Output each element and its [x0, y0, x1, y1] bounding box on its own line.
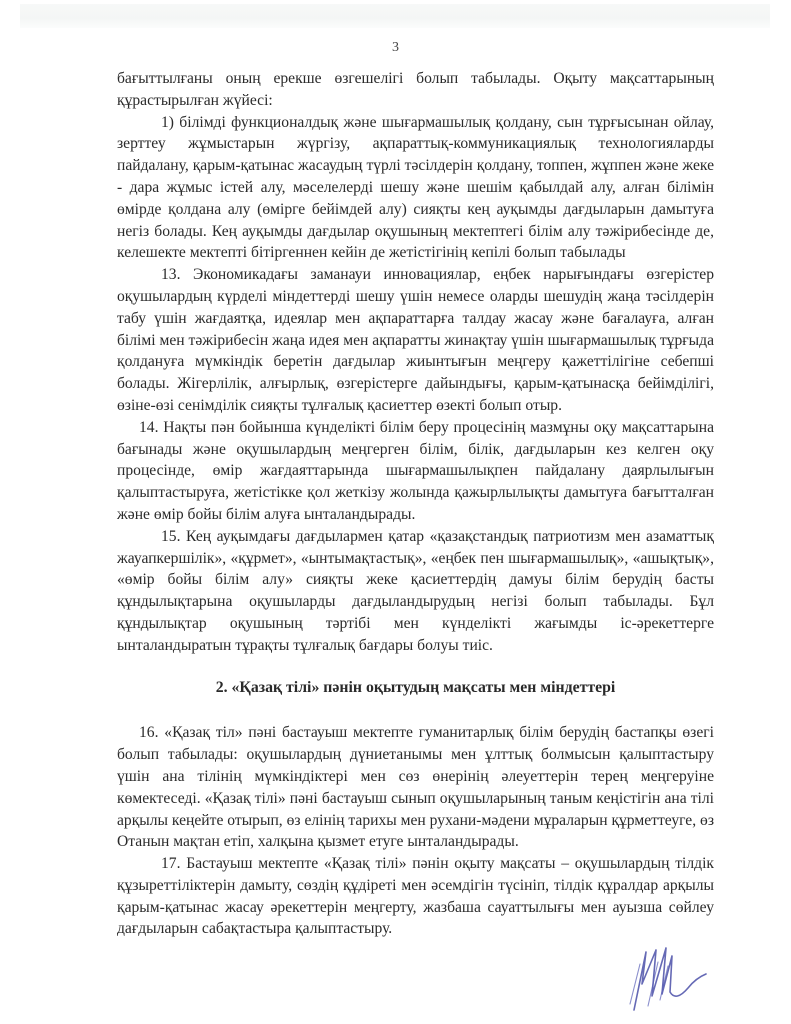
signature-icon	[612, 944, 712, 1016]
paragraph-continuation: бағыттылғаны оның ерекше өзгешелігі болы…	[117, 68, 714, 112]
paragraph-15: 15. Кең ауқымдағы дағдылармен қатар «қаз…	[117, 526, 714, 657]
paragraph-item-1: 1) білімді функционалдық және шығармашыл…	[117, 112, 714, 265]
page-number: 3	[0, 40, 791, 56]
section-heading: 2. «Қазақ тілі» пәнін оқытудың мақсаты м…	[117, 677, 714, 699]
paragraph-17: 17. Бастауыш мектепте «Қазақ тілі» пәнін…	[117, 853, 714, 940]
paragraph-13: 13. Экономикадағы заманауи инновациялар,…	[117, 264, 714, 417]
paragraph-16: 16. «Қазақ тіл» пәні бастауыш мектепте г…	[117, 722, 714, 853]
paragraph-14: 14. Нақты пән бойынша күнделікті білім б…	[117, 417, 714, 526]
scan-artifact-band	[20, 4, 770, 28]
document-body: бағыттылғаны оның ерекше өзгешелігі болы…	[117, 68, 714, 940]
